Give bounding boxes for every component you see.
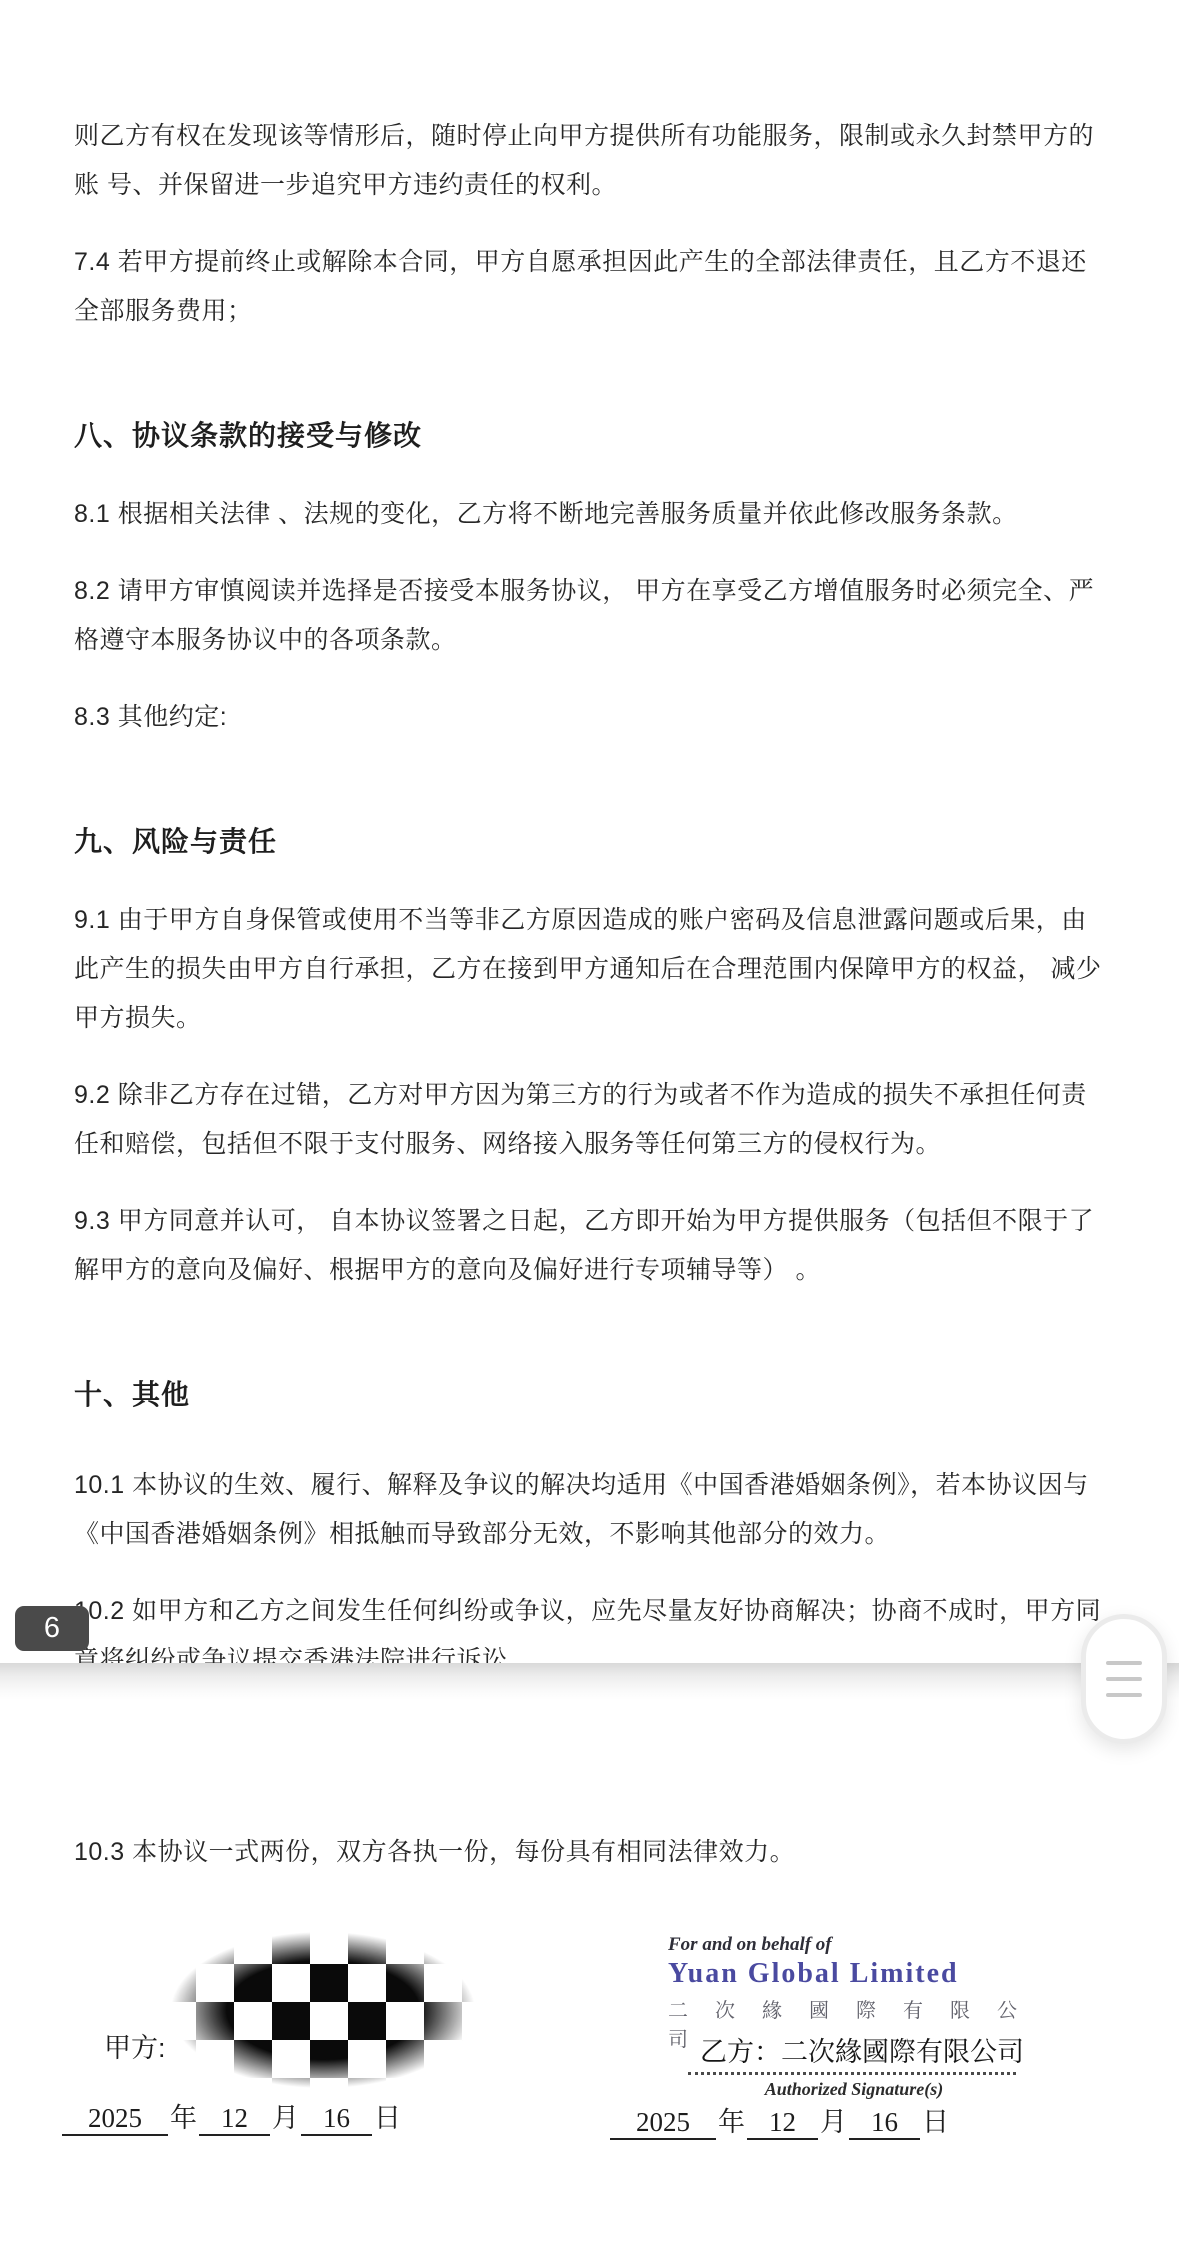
document-page-7: 10.3 本协议一式两份，双方各执一份，每份具有相同法律效力。 甲方: For … <box>0 1700 1179 2245</box>
section-10-heading: 十、其他 <box>74 1373 1105 1413</box>
paragraph-8-1: 8.1 根据相关法律 、法规的变化，乙方将不断地完善服务质量并依此修改服务条款。 <box>74 490 1105 539</box>
paragraph-10-1: 10.1 本协议的生效、履行、解释及争议的解决均适用《中国香港婚姻条例》，若本协… <box>74 1461 1105 1559</box>
floating-menu-button[interactable] <box>1081 1614 1167 1744</box>
hamburger-bar <box>1106 1661 1142 1665</box>
date-year-label: 年 <box>170 2103 197 2133</box>
page-indicator-badge: 6 <box>15 1606 89 1651</box>
paragraph-9-3: 9.3 甲方同意并认可， 自本协议签署之日起，乙方即开始为甲方提供服务（包括但不… <box>74 1197 1105 1295</box>
stamp-behalf-line: For and on behalf of <box>668 1934 1028 1956</box>
party-a-label: 甲方: <box>104 2026 166 2065</box>
hamburger-bar <box>1106 1693 1142 1697</box>
section-8-heading: 八、协议条款的接受与修改 <box>74 414 1105 454</box>
party-a-date-line: 2025年12月16日 <box>62 2096 403 2136</box>
page-separator <box>0 1663 1179 1700</box>
signature-dotted-rule <box>688 2072 1016 2075</box>
paragraph-7-4: 7.4 若甲方提前终止或解除本合同，甲方自愿承担因此产生的全部法律责任，且乙方不… <box>74 238 1105 336</box>
section-9-heading: 九、风险与责任 <box>74 820 1105 860</box>
date-day-value: 16 <box>849 2107 920 2140</box>
paragraph-10-3: 10.3 本协议一式两份，双方各执一份，每份具有相同法律效力。 <box>74 1832 795 1868</box>
party-a-censored-stamp <box>148 1920 498 2100</box>
paragraph-9-1: 9.1 由于甲方自身保管或使用不当等非乙方原因造成的账户密码及信息泄露问题或后果… <box>74 896 1105 1043</box>
date-month-label: 月 <box>820 2107 847 2137</box>
stamp-company-name-en: Yuan Global Limited <box>668 1958 1028 1990</box>
paragraph-8-2: 8.2 请甲方审慎阅读并选择是否接受本服务协议， 甲方在享受乙方增值服务时必须完… <box>74 567 1105 665</box>
hamburger-bar <box>1106 1677 1142 1681</box>
date-year-value: 2025 <box>62 2103 168 2136</box>
authorized-signature-caption: Authorized Signature(s) <box>692 2079 1016 2100</box>
date-year-value: 2025 <box>610 2107 716 2140</box>
date-month-label: 月 <box>272 2103 299 2133</box>
paragraph-7-3-continuation: 则乙方有权在发现该等情形后，随时停止向甲方提供所有功能服务，限制或永久封禁甲方的… <box>74 112 1105 210</box>
date-day-value: 16 <box>301 2103 372 2136</box>
date-year-label: 年 <box>718 2107 745 2137</box>
date-month-value: 12 <box>747 2107 818 2140</box>
date-day-label: 日 <box>922 2107 949 2137</box>
party-b-line: 乙方：二次緣國際有限公司 <box>700 2030 1024 2069</box>
paragraph-9-2: 9.2 除非乙方存在过错，乙方对甲方因为第三方的行为或者不作为造成的损失不承担任… <box>74 1071 1105 1169</box>
paragraph-8-3: 8.3 其他约定: <box>74 693 1105 742</box>
party-b-date-line: 2025年12月16日 <box>610 2100 951 2140</box>
document-page-6: 则乙方有权在发现该等情形后，随时停止向甲方提供所有功能服务，限制或永久封禁甲方的… <box>0 0 1179 1663</box>
date-month-value: 12 <box>199 2103 270 2136</box>
paragraph-10-2: 10.2 如甲方和乙方之间发生任何纠纷或争议，应先尽量友好协商解决；协商不成时，… <box>74 1587 1105 1663</box>
document-viewer: { "theme": { "text_color": "#262626", "b… <box>0 0 1179 2245</box>
date-day-label: 日 <box>374 2103 401 2133</box>
page-6-content: 则乙方有权在发现该等情形后，随时停止向甲方提供所有功能服务，限制或永久封禁甲方的… <box>0 0 1179 1663</box>
